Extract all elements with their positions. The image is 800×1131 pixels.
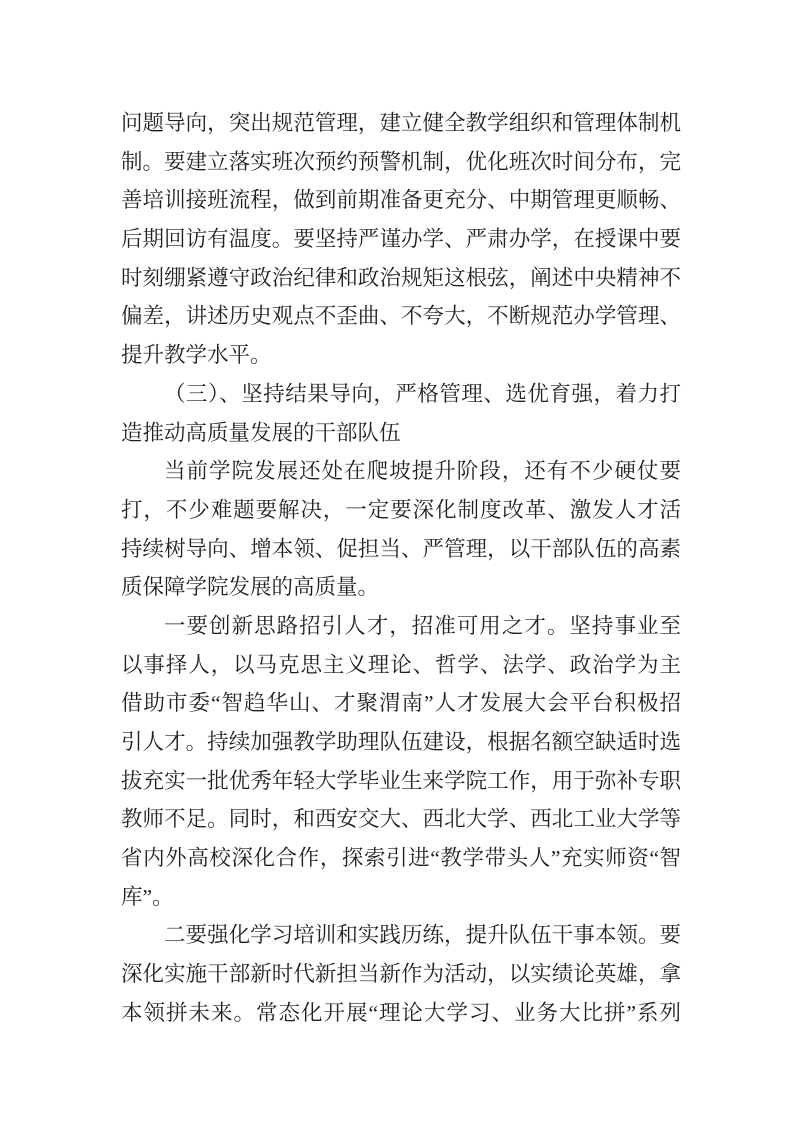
doc-line: 库”。 xyxy=(121,878,681,917)
doc-line: 问题导向，突出规范管理，建立健全教学组织和管理体制机 xyxy=(121,104,681,143)
doc-line: 省内外高校深化合作，探索引进“教学带头人”充实师资“智 xyxy=(121,839,681,878)
doc-line: 打，不少难题要解决，一定要深化制度改革、激发人才活力， xyxy=(121,491,681,530)
doc-line: 善培训接班流程，做到前期准备更充分、中期管理更顺畅、 xyxy=(121,181,681,220)
heading-line: （三）、坚持结果导向，严格管理、选优育强，着力打 xyxy=(121,375,681,414)
heading-line: 造推动高质量发展的干部队伍 xyxy=(121,414,681,453)
doc-line: 提升教学水平。 xyxy=(121,336,681,375)
doc-line: 制。要建立落实班次预约预警机制，优化班次时间分布，完 xyxy=(121,143,681,182)
doc-line: 拔充实一批优秀年轻大学毕业生来学院工作，用于弥补专职 xyxy=(121,762,681,801)
doc-line: 一要创新思路招引人才，招准可用之才。坚持事业至上、 xyxy=(121,607,681,646)
doc-line: 后期回访有温度。要坚持严谨办学、严肃办学，在授课中要 xyxy=(121,220,681,259)
doc-line: 质保障学院发展的高质量。 xyxy=(121,568,681,607)
document-page: 问题导向，突出规范管理，建立健全教学组织和管理体制机 制。要建立落实班次预约预警… xyxy=(0,0,800,1131)
doc-line: 时刻绷紧遵守政治纪律和政治规矩这根弦，阐述中央精神不 xyxy=(121,259,681,298)
doc-line: 引人才。持续加强教学助理队伍建设，根据名额空缺适时选 xyxy=(121,723,681,762)
doc-line: 偏差，讲述历史观点不歪曲、不夸大，不断规范办学管理、 xyxy=(121,297,681,336)
doc-line: 借助市委“智趋华山、才聚渭南”人才发展大会平台积极招 xyxy=(121,684,681,723)
doc-line: 教师不足。同时，和西安交大、西北大学、西北工业大学等 xyxy=(121,800,681,839)
doc-line: 深化实施干部新时代新担当新作为活动，以实绩论英雄，拿 xyxy=(121,955,681,994)
doc-line: 持续树导向、增本领、促担当、严管理，以干部队伍的高素 xyxy=(121,530,681,569)
document-text-block: 问题导向，突出规范管理，建立健全教学组织和管理体制机 制。要建立落实班次预约预警… xyxy=(121,104,681,1033)
doc-line: 二要强化学习培训和实践历练，提升队伍干事本领。要 xyxy=(121,916,681,955)
doc-line: 当前学院发展还处在爬坡提升阶段，还有不少硬仗要 xyxy=(121,452,681,491)
doc-line: 本领拼未来。常态化开展“理论大学习、业务大比拼”系列 xyxy=(121,994,681,1033)
doc-line: 以事择人，以马克思主义理论、哲学、法学、政治学为主体， xyxy=(121,646,681,685)
